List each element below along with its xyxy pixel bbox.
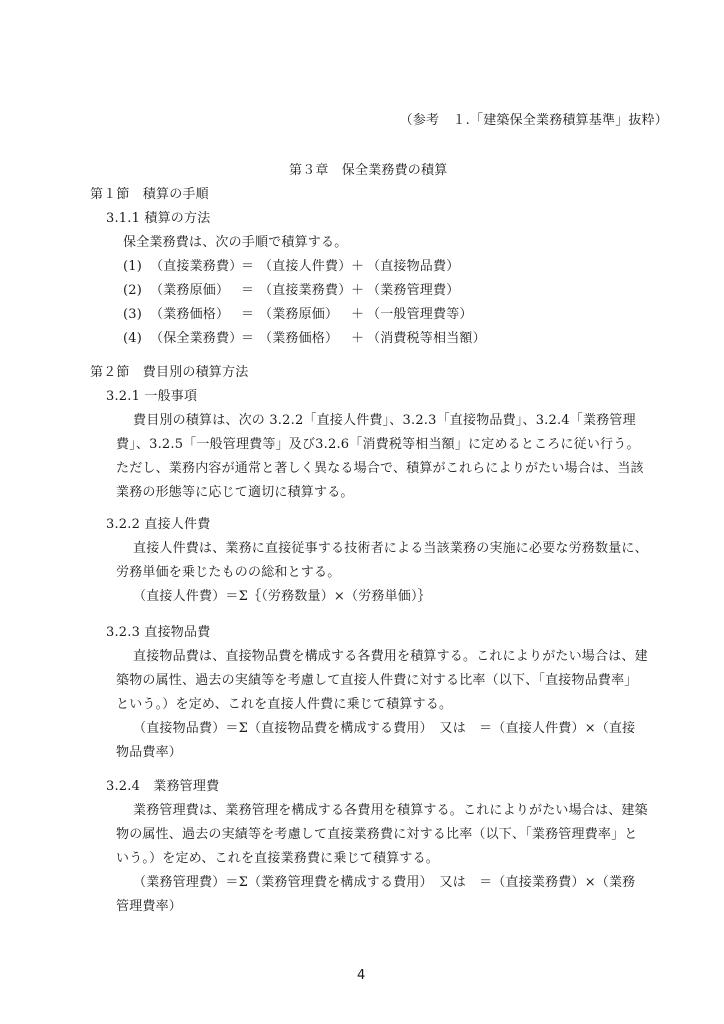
step-equals: ＝ <box>241 283 254 299</box>
subsection-3-1-1-intro: 保全業務費は、次の手順で積算する。 <box>123 235 347 251</box>
paragraph-line: 費目別の積算は、次の 3.2.2「直接人件費」、3.2.3「直接物品費」、3.2… <box>133 413 636 429</box>
step-term-a: （業務価格） <box>259 331 338 347</box>
step-term-a: （直接業務費） <box>259 283 351 299</box>
subsection-3-2-1-title: 3.2.1 一般事項 <box>106 389 197 405</box>
step-number: (4) <box>123 331 142 347</box>
step-term-a: （業務原価） <box>259 307 338 323</box>
page-number: 4 <box>357 968 365 984</box>
step-operator: ＋ <box>351 259 364 275</box>
step-term-a: （直接人件費） <box>259 259 351 275</box>
formula-line: 管理費率） <box>116 899 182 915</box>
paragraph-line: 物の属性、過去の実績等を考慮して直接業務費に対する比率（以下、「業務管理費率」と <box>116 827 638 843</box>
subsection-3-2-3-title: 3.2.3 直接物品費 <box>106 625 210 641</box>
paragraph-line: いう。）を定め、これを直接業務費に乗じて積算する。 <box>116 851 439 867</box>
step-row: (4) （保全業務費） ＝ （業務価格） ＋ （消費税等相当額） <box>123 331 603 347</box>
paragraph-line: 直接人件費は、業務に直接従事する技術者による当該業務の実施に必要な労務数量に、 <box>133 541 648 557</box>
paragraph-line: 労務単価を乗じたものの総和とする。 <box>116 565 340 581</box>
step-row: (3) （業務価格） ＝ （業務原価） ＋ （一般管理費等） <box>123 307 603 323</box>
step-term-b: （消費税等相当額） <box>367 331 486 347</box>
step-row: (1) （直接業務費） ＝ （直接人件費） ＋ （直接物品費） <box>123 259 603 275</box>
step-lhs: （保全業務費） <box>150 331 242 347</box>
step-operator: ＋ <box>351 307 364 323</box>
paragraph-line: 築物の属性、過去の実績等を考慮して直接人件費に対する比率（以下、「直接物品費率」 <box>116 673 638 689</box>
step-lhs: （業務価格） <box>150 307 229 323</box>
paragraph-line: 業務の形態等に応じて適切に積算する。 <box>116 485 354 501</box>
step-operator: ＋ <box>351 331 364 347</box>
section-1-title: 第１節 積算の手順 <box>90 187 209 203</box>
step-operator: ＋ <box>351 283 364 299</box>
step-lhs: （業務原価） <box>150 283 229 299</box>
paragraph-line: という。）を定め、これを直接人件費に乗じて積算する。 <box>116 697 452 713</box>
step-equals: ＝ <box>241 331 254 347</box>
step-lhs: （直接業務費） <box>150 259 242 275</box>
document-page: （参考 １.「建築保全業務積算基準」抜粋） 第３章 保全業務費の積算 第１節 積… <box>0 0 724 1024</box>
step-equals: ＝ <box>241 307 254 323</box>
step-term-b: （業務管理費） <box>367 283 459 299</box>
subsection-3-2-2-title: 3.2.2 直接人件費 <box>106 517 210 533</box>
paragraph-line: ただし、業務内容が通常と著しく異なる場合で、積算がこれらによりがたい場合は、当該 <box>116 461 644 477</box>
step-number: (2) <box>123 283 142 299</box>
chapter-title: 第３章 保全業務費の積算 <box>289 163 447 179</box>
step-number: (3) <box>123 307 142 323</box>
step-number: (1) <box>123 259 142 275</box>
reference-note: （参考 １.「建築保全業務積算基準」抜粋） <box>400 113 668 129</box>
step-term-b: （一般管理費等） <box>367 307 473 323</box>
section-2-title: 第２節 費目別の積算方法 <box>90 365 248 381</box>
step-row: (2) （業務原価） ＝ （直接業務費） ＋ （業務管理費） <box>123 283 603 299</box>
formula-line: 物品費率） <box>116 745 182 761</box>
paragraph-line: 直接物品費は、直接物品費を構成する各費用を積算する。これによりがたい場合は、建 <box>133 649 648 665</box>
formula-line: （業務管理費）＝Σ（業務管理費を構成する費用） 又は ＝（直接業務費）×（業務 <box>133 875 635 891</box>
subsection-3-1-1-title: 3.1.1 積算の方法 <box>106 211 210 227</box>
formula-line: （直接人件費）＝Σ｛（労務数量）×（労務単価）｝ <box>133 589 431 605</box>
step-equals: ＝ <box>241 259 254 275</box>
step-term-b: （直接物品費） <box>367 259 459 275</box>
formula-line: （直接物品費）＝Σ（直接物品費を構成する費用） 又は ＝（直接人件費）×（直接 <box>133 721 635 737</box>
paragraph-line: 業務管理費は、業務管理を構成する各費用を積算する。これによりがたい場合は、建築 <box>133 803 648 819</box>
paragraph-line: 費」、3.2.5「一般管理費等」及び3.2.6「消費税等相当額」に定めるところに… <box>116 437 640 453</box>
subsection-3-2-4-title: 3.2.4 業務管理費 <box>106 779 219 795</box>
